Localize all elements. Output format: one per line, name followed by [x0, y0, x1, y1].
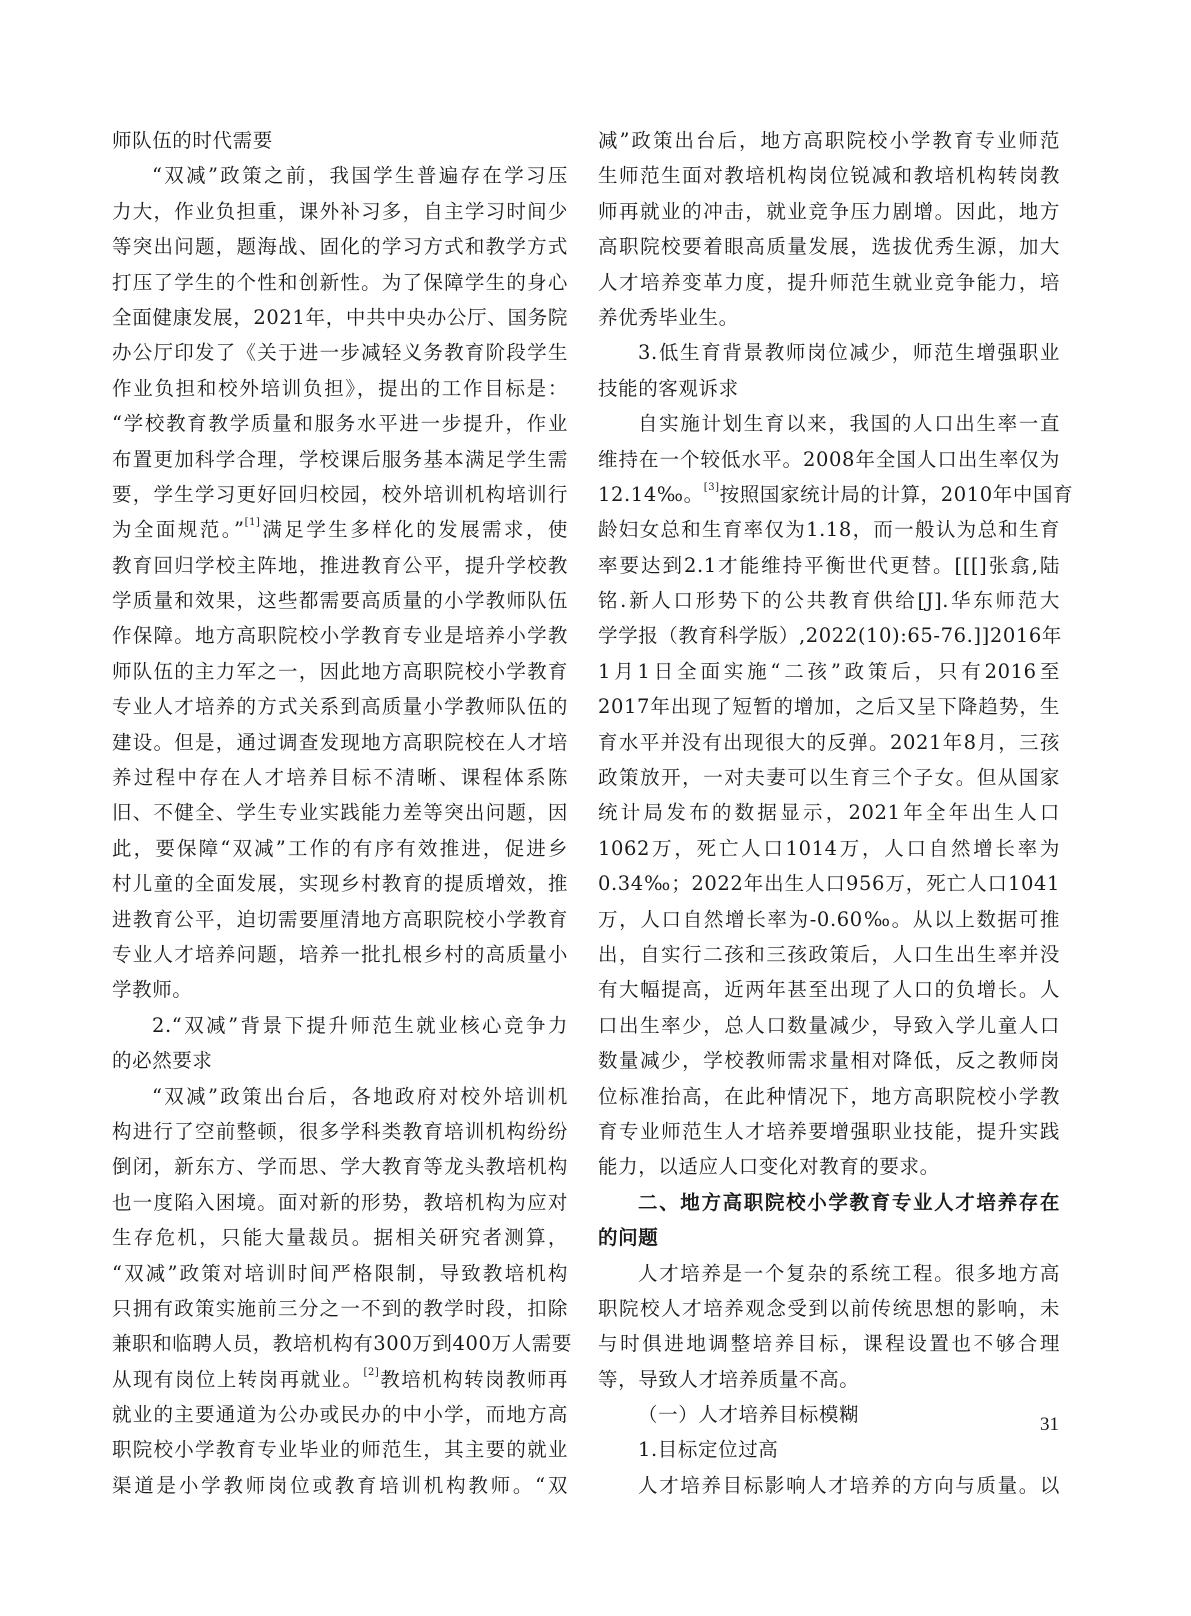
text-line: 1.目标定位过高	[598, 1432, 1060, 1467]
text-line: 生师范生面对教培机构岗位锐减和教培机构转岗教	[598, 158, 1060, 193]
text-line: 自实施计划生育以来，我国的人口出生率一直	[598, 406, 1060, 441]
text-line: 的问题	[598, 1220, 1060, 1255]
text-line: 人才培养是一个复杂的系统工程。很多地方高	[598, 1256, 1060, 1291]
text-line: 数量减少，学校教师需求量相对降低，反之教师岗	[598, 1043, 1060, 1078]
text-line: 进教育公平，迫切需要厘清地方高职院校小学教育	[112, 902, 568, 937]
text-line: 龄妇女总和生育率仅为1.18，而一般认为总和生育	[598, 512, 1060, 547]
text-line: 兼职和临聘人员，教培机构有300万到400万人需要	[112, 1326, 568, 1361]
text-line: 等，导致人才培养质量不高。	[598, 1362, 1060, 1397]
text-line: 学质量和效果，这些都需要高质量的小学教师队伍	[112, 583, 568, 618]
text-line: 1月1日全面实施“二孩”政策后，只有2016至	[598, 654, 1060, 689]
text-line: 师再就业的冲击，就业竞争压力剧增。因此，地方	[598, 194, 1060, 229]
text-line: 村儿童的全面发展，实现乡村教育的提质增效，推	[112, 866, 568, 901]
text-line: 要，学生学习更好回归校园，校外培训机构培训行	[112, 477, 568, 512]
text-line: 作业负担和校外培训负担》，提出的工作目标是：	[112, 371, 568, 406]
text-line: 政策放开，一对夫妻可以生育三个子女。但从国家	[598, 760, 1060, 795]
citation-marker: [3]	[704, 482, 720, 493]
text-line: 减”政策出台后，地方高职院校小学教育专业师范	[598, 123, 1060, 158]
text-line: 办公厅印发了《关于进一步减轻义务教育阶段学生	[112, 335, 568, 370]
text-line: 力大，作业负担重，课外补习多，自主学习时间少	[112, 194, 568, 229]
text-line: “双减”政策对培训时间严格限制，导致教培机构	[112, 1256, 568, 1291]
line-text: 从现有岗位上转岗再就业。	[112, 1368, 363, 1391]
text-line: 生存危机，只能大量裁员。据相关研究者测算，	[112, 1220, 568, 1255]
text-line: 的必然要求	[112, 1043, 568, 1078]
text-line: “学校教育教学质量和服务水平进一步提升，作业	[112, 406, 568, 441]
text-line: 育水平并没有出现很大的反弹。2021年8月，三孩	[598, 725, 1060, 760]
text-line: 铭.新人口形势下的公共教育供给[J].华东师范大	[598, 583, 1060, 618]
text-line: 也一度陷入困境。面对新的形势，教培机构为应对	[112, 1185, 568, 1220]
text-line: 口出生率少，总人口数量减少，导致入学儿童人口	[598, 1008, 1060, 1043]
text-line: 作保障。地方高职院校小学教育专业是培养小学教	[112, 618, 568, 653]
text-line: 率要达到2.1才能维持平衡世代更替。[[[]张翕,陆	[598, 548, 1060, 583]
text-line: 与时俱进地调整培养目标，课程设置也不够合理	[598, 1326, 1060, 1361]
text-line: 2017年出现了短暂的增加，之后又呈下降趋势，生	[598, 689, 1060, 724]
text-line: 师队伍的时代需要	[112, 123, 568, 158]
text-line: 职院校人才培养观念受到以前传统思想的影响，未	[598, 1291, 1060, 1326]
line-text: 满足学生多样化的发展需求，使	[261, 518, 568, 541]
text-line: 能力，以适应人口变化对教育的要求。	[598, 1149, 1060, 1184]
text-line: 2.“双减”背景下提升师范生就业核心竞争力	[112, 1008, 568, 1043]
text-line: “双减”政策出台后，各地政府对校外培训机	[112, 1079, 568, 1114]
left-column: 师队伍的时代需要“双减”政策之前，我国学生普遍存在学习压力大，作业负担重，课外补…	[112, 123, 568, 1503]
text-line: 统计局发布的数据显示，2021年全年出生人口	[598, 795, 1060, 830]
text-line: 构进行了空前整顿，很多学科类教育培训机构纷纷	[112, 1114, 568, 1149]
text-line: 学教师。	[112, 972, 568, 1007]
text-line: 专业人才培养的方式关系到高质量小学教师队伍的	[112, 689, 568, 724]
text-line: “双减”政策之前，我国学生普遍存在学习压	[112, 158, 568, 193]
text-line: 教育回归学校主阵地，推进教育公平，提升学校教	[112, 548, 568, 583]
text-line: 二、地方高职院校小学教育专业人才培养存在	[598, 1185, 1060, 1220]
text-line: 养优秀毕业生。	[598, 300, 1060, 335]
text-line: 倒闭，新东方、学而思、学大教育等龙头教培机构	[112, 1149, 568, 1184]
text-line: 此，要保障“双减”工作的有序有效推进，促进乡	[112, 831, 568, 866]
text-line: 布置更加科学合理，学校课后服务基本满足学生需	[112, 442, 568, 477]
text-line: 1062万，死亡人口1014万，人口自然增长率为	[598, 831, 1060, 866]
text-line: 专业人才培养问题，培养一批扎根乡村的高质量小	[112, 937, 568, 972]
text-line: 高职院校要着眼高质量发展，选拔优秀生源，加大	[598, 229, 1060, 264]
text-line: （一）人才培养目标模糊	[598, 1397, 1060, 1432]
text-line: 全面健康发展，2021年，中共中央办公厅、国务院	[112, 300, 568, 335]
text-line: 技能的客观诉求	[598, 371, 1060, 406]
text-line: 育专业师范生人才培养要增强职业技能，提升实践	[598, 1114, 1060, 1149]
text-line: 有大幅提高，近两年甚至出现了人口的负增长。人	[598, 972, 1060, 1007]
text-line: 只拥有政策实施前三分之一不到的教学时段，扣除	[112, 1291, 568, 1326]
text-line: 建设。但是，通过调查发现地方高职院校在人才培	[112, 725, 568, 760]
line-text: 12.14‰。	[598, 483, 704, 506]
line-text: 教培机构转岗教师再	[379, 1368, 568, 1391]
text-line: 学学报（教育科学版）,2022(10):65-76.]]2016年	[598, 618, 1060, 653]
text-line: 维持在一个较低水平。2008年全国人口出生率仅为	[598, 442, 1060, 477]
text-line: 为全面规范。”[1]满足学生多样化的发展需求，使	[112, 512, 568, 547]
citation-marker: [2]	[363, 1367, 379, 1378]
page-number: 31	[1040, 1414, 1059, 1436]
text-line: 养过程中存在人才培养目标不清晰、课程体系陈	[112, 760, 568, 795]
right-column: 减”政策出台后，地方高职院校小学教育专业师范生师范生面对教培机构岗位锐减和教培机…	[598, 123, 1060, 1503]
text-line: 从现有岗位上转岗再就业。[2]教培机构转岗教师再	[112, 1362, 568, 1397]
text-line: 人才培养变革力度，提升师范生就业竞争能力，培	[598, 265, 1060, 300]
line-text: 为全面规范。”	[112, 518, 245, 541]
text-line: 就业的主要通道为公办或民办的中小学，而地方高	[112, 1397, 568, 1432]
text-line: 等突出问题，题海战、固化的学习方式和教学方式	[112, 229, 568, 264]
text-line: 0.34‰；2022年出生人口956万，死亡人口1041	[598, 866, 1060, 901]
text-line: 3.低生育背景教师岗位减少，师范生增强职业	[598, 335, 1060, 370]
text-line: 人才培养目标影响人才培养的方向与质量。以	[598, 1468, 1060, 1503]
text-line: 渠道是小学教师岗位或教育培训机构教师。“双	[112, 1468, 568, 1503]
citation-marker: [1]	[245, 517, 261, 528]
text-line: 师队伍的主力军之一，因此地方高职院校小学教育	[112, 654, 568, 689]
line-text: 按照国家统计局的计算，2010年中国育	[720, 483, 1074, 506]
text-line: 12.14‰。[3]按照国家统计局的计算，2010年中国育	[598, 477, 1060, 512]
text-line: 万，人口自然增长率为-0.60‰。从以上数据可推	[598, 902, 1060, 937]
text-line: 位标准抬高，在此种情况下，地方高职院校小学教	[598, 1079, 1060, 1114]
text-line: 旧、不健全、学生专业实践能力差等突出问题，因	[112, 795, 568, 830]
text-line: 出，自实行二孩和三孩政策后，人口生出生率并没	[598, 937, 1060, 972]
text-line: 职院校小学教育专业毕业的师范生，其主要的就业	[112, 1432, 568, 1467]
text-line: 打压了学生的个性和创新性。为了保障学生的身心	[112, 265, 568, 300]
